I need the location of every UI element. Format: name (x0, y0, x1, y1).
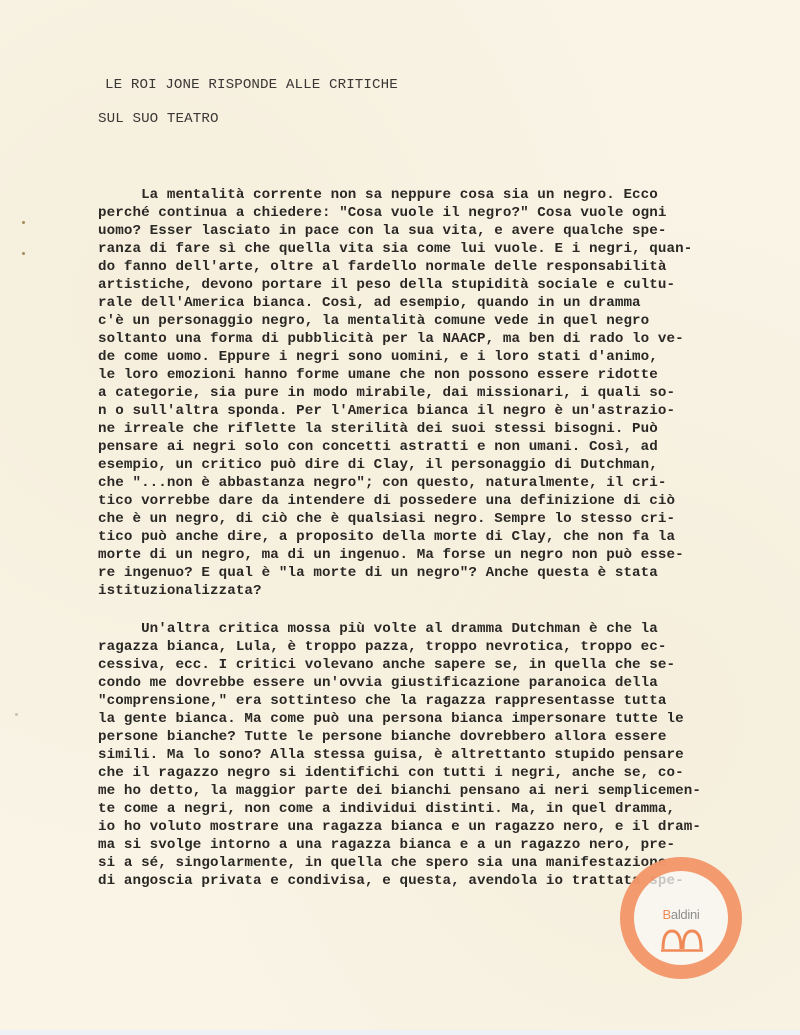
logo-wordmark: Baldini (634, 907, 728, 922)
text-line: io ho voluto mostrare una ragazza bianca… (98, 818, 778, 836)
text-line: ragazza bianca, Lula, è troppo pazza, tr… (98, 638, 778, 656)
text-line: che il ragazzo negro si identifichi con … (98, 764, 778, 782)
text-line: tico vorrebbe dare da intendere di posse… (98, 492, 778, 510)
text-line: rale dell'America bianca. Così, ad esemp… (98, 294, 778, 312)
text-line: a categorie, sia pure in modo mirabile, … (98, 384, 778, 402)
text-line: ne irreale che riflette la sterilità dei… (98, 420, 778, 438)
paragraph-2: Un'altra critica mossa più volte al dram… (98, 620, 778, 890)
page-bottom-edge (0, 1030, 800, 1035)
text-line: me ho detto, la maggior parte dei bianch… (98, 782, 778, 800)
text-line: le loro emozioni hanno forme umane che n… (98, 366, 778, 384)
text-line: morte di un negro, ma di un ingenuo. Ma … (98, 546, 778, 564)
scanned-page: LE ROI JONE RISPONDE ALLE CRITICHE SUL S… (0, 0, 800, 1030)
text-line: soltanto una forma di pubblicità per la … (98, 330, 778, 348)
text-line: artistiche, devono portare il peso della… (98, 276, 778, 294)
text-line: ma si svolge intorno a una ragazza bianc… (98, 836, 778, 854)
margin-speck (15, 713, 18, 716)
text-line: persone bianche? Tutte le persone bianch… (98, 728, 778, 746)
margin-speck (22, 221, 25, 224)
text-line: do fanno dell'arte, oltre al fardello no… (98, 258, 778, 276)
baldini-watermark-logo: Baldini (620, 857, 742, 979)
text-line: condo me dovrebbe essere un'ovvia giusti… (98, 674, 778, 692)
text-line: te come a negri, non come a individui di… (98, 800, 778, 818)
logo-name-rest: aldini (671, 907, 700, 922)
text-line: istituzionalizzata? (98, 582, 778, 600)
text-line: n o sull'altra sponda. Per l'America bia… (98, 402, 778, 420)
text-line: che "...non è abbastanza negro"; con que… (98, 474, 778, 492)
open-book-icon (660, 927, 704, 953)
text-line: ranza di fare sì che quella vita sia com… (98, 240, 778, 258)
margin-speck (22, 252, 25, 255)
text-line: tico può anche dire, a proposito della m… (98, 528, 778, 546)
text-line: simili. Ma lo sono? Alla stessa guisa, è… (98, 746, 778, 764)
text-line: perché continua a chiedere: "Cosa vuole … (98, 204, 778, 222)
text-line: la gente bianca. Ma come può una persona… (98, 710, 778, 728)
text-line: esempio, un critico può dire di Clay, il… (98, 456, 778, 474)
text-line: che è un negro, di ciò che è qualsiasi n… (98, 510, 778, 528)
logo-initial: B (663, 907, 671, 922)
document-title-line-1: LE ROI JONE RISPONDE ALLE CRITICHE (105, 77, 398, 93)
text-line: re ingenuo? E qual è "la morte di un neg… (98, 564, 778, 582)
text-line: uomo? Esser lasciato in pace con la sua … (98, 222, 778, 240)
paragraph-1: La mentalità corrente non sa neppure cos… (98, 186, 778, 600)
text-line: de come uomo. Eppure i negri sono uomini… (98, 348, 778, 366)
text-line: pensare ai negri solo con concetti astra… (98, 438, 778, 456)
text-line: c'è un personaggio negro, la mentalità c… (98, 312, 778, 330)
text-line: cessiva, ecc. I critici volevano anche s… (98, 656, 778, 674)
text-line: La mentalità corrente non sa neppure cos… (98, 186, 778, 204)
text-line: "comprensione," era sottinteso che la ra… (98, 692, 778, 710)
document-title-line-2: SUL SUO TEATRO (98, 111, 219, 127)
text-line: Un'altra critica mossa più volte al dram… (98, 620, 778, 638)
